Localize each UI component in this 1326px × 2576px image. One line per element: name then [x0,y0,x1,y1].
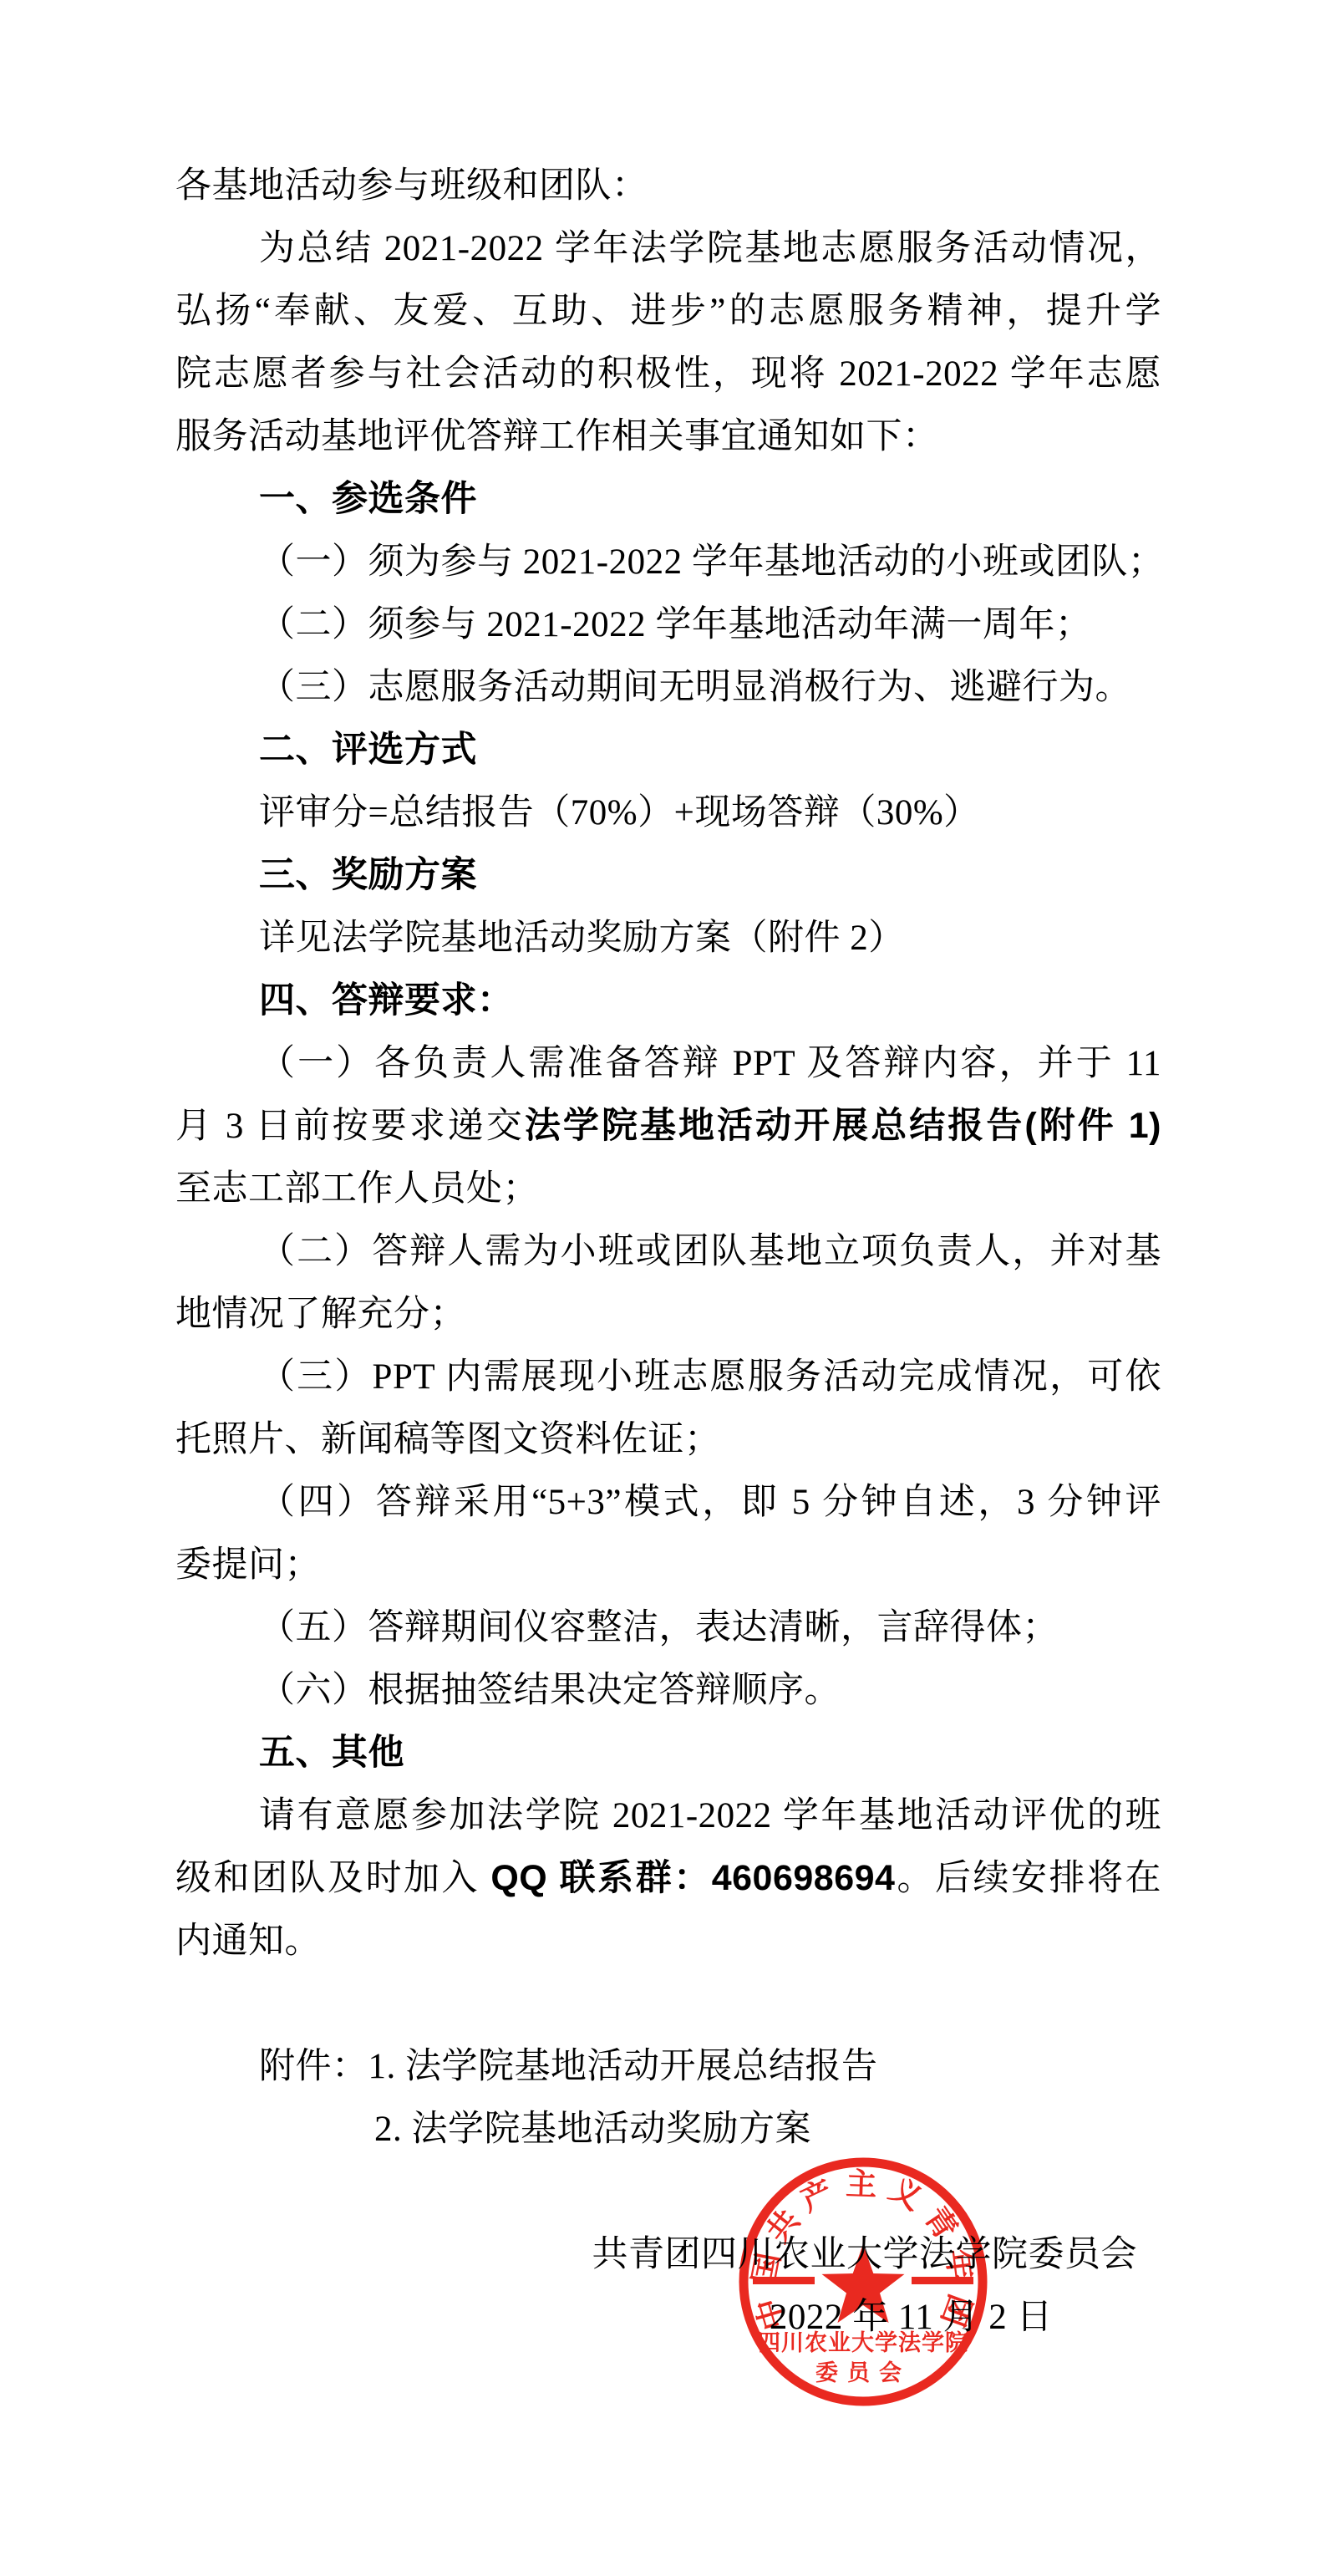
doc-line: 级和团队及时加入 QQ 联系群：460698694。后续安排将在群 [175,1847,1161,1910]
doc-line: 各基地活动参与班级和团队： [175,155,1161,217]
text-segment: 详见法学院基地活动奖励方案（附件 2） [259,919,905,958]
text-segment: 委提问； [175,1545,321,1585]
text-segment: 附件：1. 法学院基地活动开展总结报告 [259,2047,878,2086]
bold-text-segment: 三、奖励方案 [259,855,477,895]
bold-text-segment: 一、参选条件 [259,479,477,519]
text-segment: （二）须参与 2021-2022 学年基地活动年满一周年； [259,605,1091,644]
text-segment: 2. 法学院基地活动奖励方案 [374,2110,811,2149]
text-segment: 级和团队及时加入 [175,1859,490,1898]
text-segment: （六）根据抽签结果决定答辩顺序。 [259,1671,841,1710]
doc-line: 弘扬“奉献、友爱、互助、进步”的志愿服务精神，提升学 [175,280,1161,343]
text-segment: 内通知。 [175,1922,321,1961]
doc-line: 院志愿者参与社会活动的积极性，现将 2021-2022 学年志愿 [175,343,1161,405]
text-segment: （一）各负责人需准备答辩 PPT 及答辩内容，并于 11 [259,1044,1161,1083]
doc-line: 2. 法学院基地活动奖励方案 [175,2098,1161,2161]
doc-line: 内通知。 [175,1910,1161,1973]
doc-line: （三）志愿服务活动期间无明显消极行为、逃避行为。 [175,656,1161,719]
doc-line: （二）须参与 2021-2022 学年基地活动年满一周年； [175,593,1161,656]
doc-line: 请有意愿参加法学院 2021-2022 学年基地活动评优的班 [175,1784,1161,1847]
doc-line: 共青团四川农业大学法学院委员会 [175,2223,1161,2286]
notice-page: 各基地活动参与班级和团队：为总结 2021-2022 学年法学院基地志愿服务活动… [0,0,1326,2576]
text-segment: 请有意愿参加法学院 2021-2022 学年基地活动评优的班 [259,1796,1161,1835]
doc-line: 地情况了解充分； [175,1283,1161,1346]
text-segment: （三）志愿服务活动期间无明显消极行为、逃避行为。 [259,668,1131,707]
doc-line: （六）根据抽签结果决定答辩顺序。 [175,1659,1161,1722]
doc-line: 三、奖励方案 [175,844,1161,907]
doc-line: 为总结 2021-2022 学年法学院基地志愿服务活动情况， [175,217,1161,280]
doc-line: 四、答辩要求： [175,970,1161,1032]
text-segment: （二）答辩人需为小班或团队基地立项负责人，并对基 [259,1232,1161,1271]
doc-line: （五）答辩期间仪容整洁，表达清晰，言辞得体； [175,1596,1161,1659]
doc-line: （一）须为参与 2021-2022 学年基地活动的小班或团队； [175,531,1161,593]
bold-text-segment: 法学院基地活动开展总结报告(附件 1) [525,1106,1161,1146]
text-segment: 弘扬“奉献、友爱、互助、进步”的志愿服务精神，提升学 [175,292,1161,331]
doc-line: （一）各负责人需准备答辩 PPT 及答辩内容，并于 11 [175,1032,1161,1095]
bold-text-segment: 五、其他 [259,1733,404,1773]
doc-line: 托照片、新闻稿等图文资料佐证； [175,1408,1161,1471]
doc-line: 详见法学院基地活动奖励方案（附件 2） [175,907,1161,970]
doc-line: 五、其他 [175,1722,1161,1784]
text-segment: （一）须为参与 2021-2022 学年基地活动的小班或团队； [259,542,1161,582]
text-segment: 评审分=总结报告（70%）+现场答辩（30%） [259,793,980,832]
text-segment: 至志工部工作人员处； [175,1169,539,1209]
text-segment: 月 3 日前按要求递交 [175,1107,525,1146]
text-segment: （四）答辩采用“5+3”模式，即 5 分钟自述，3 分钟评 [259,1483,1161,1522]
doc-line: 二、评选方式 [175,719,1161,781]
text-segment: 托照片、新闻稿等图文资料佐证； [175,1420,721,1459]
bold-text-segment: 二、评选方式 [259,730,477,770]
text-segment: 地情况了解充分； [175,1295,466,1334]
doc-line: 评审分=总结报告（70%）+现场答辩（30%） [175,781,1161,844]
bold-text-segment: 四、答辩要求： [259,980,514,1021]
text-segment: 共青团四川农业大学法学院委员会 [592,2235,1138,2274]
stamp-org-suffix: 委员会 [815,2360,911,2385]
doc-line: 2022 年 11 月 2 日 [175,2286,1161,2349]
doc-line: 月 3 日前按要求递交法学院基地活动开展总结报告(附件 1) [175,1095,1161,1158]
text-segment: （三）PPT 内需展现小班志愿服务活动完成情况，可依 [259,1357,1161,1397]
text-segment: 各基地活动参与班级和团队： [175,166,648,206]
doc-line: （三）PPT 内需展现小班志愿服务活动完成情况，可依 [175,1346,1161,1408]
text-segment: 院志愿者参与社会活动的积极性，现将 2021-2022 学年志愿 [175,354,1161,394]
bold-text-segment: QQ 联系群：460698694 [490,1858,895,1898]
text-segment: 2022 年 11 月 2 日 [770,2298,1053,2337]
doc-line: 附件：1. 法学院基地活动开展总结报告 [175,2035,1161,2098]
doc-line: （二）答辩人需为小班或团队基地立项负责人，并对基 [175,1220,1161,1283]
doc-line: 委提问； [175,1534,1161,1596]
doc-line: （四）答辩采用“5+3”模式，即 5 分钟自述，3 分钟评 [175,1471,1161,1534]
doc-line: 一、参选条件 [175,468,1161,531]
text-segment: 服务活动基地评优答辩工作相关事宜通知如下： [175,417,939,456]
document-body: 各基地活动参与班级和团队：为总结 2021-2022 学年法学院基地志愿服务活动… [175,155,1161,2349]
text-segment: （五）答辩期间仪容整洁，表达清晰，言辞得体； [259,1608,1059,1647]
text-segment: 为总结 2021-2022 学年法学院基地志愿服务活动情况， [259,229,1161,268]
doc-line: 至志工部工作人员处； [175,1158,1161,1220]
doc-line: 服务活动基地评优答辩工作相关事宜通知如下： [175,405,1161,468]
